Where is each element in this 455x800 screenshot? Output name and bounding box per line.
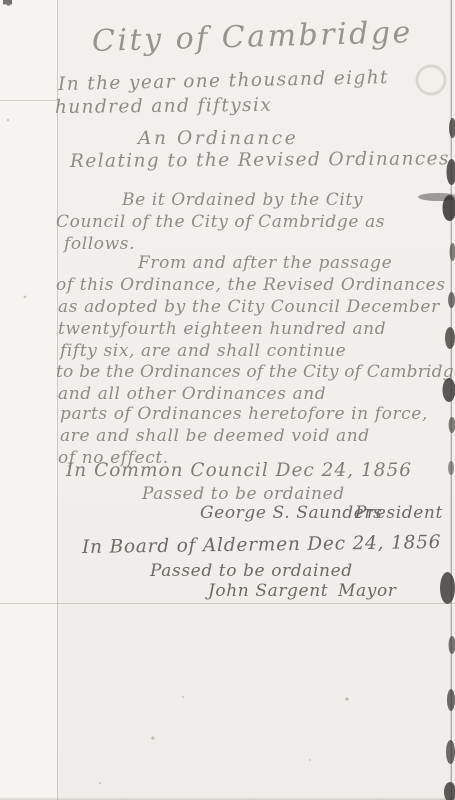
- horizontal-fold-crease: [0, 603, 455, 604]
- body-line: to be the Ordinances of the City of Camb…: [56, 362, 455, 382]
- board-aldermen-action-line: In Board of Aldermen Dec 24, 1856: [82, 532, 442, 558]
- page-left-margin: [0, 0, 57, 800]
- body-line: parts of Ordinances heretofore in force,: [60, 404, 428, 424]
- ordinance-heading: An Ordinance: [138, 128, 298, 149]
- body-line: From and after the passage: [138, 253, 392, 273]
- body-line: as adopted by the City Council December: [58, 297, 440, 317]
- board-aldermen-passed-line: Passed to be ordained: [150, 561, 353, 581]
- margin-fold-crease: [0, 100, 57, 101]
- mayor-signature: John Sargent: [208, 581, 328, 601]
- body-line: twentyfourth eighteen hundred and: [58, 319, 386, 339]
- right-edge-line: [451, 0, 452, 800]
- mayor-title: Mayor: [338, 581, 397, 601]
- common-council-action-line: In Common Council Dec 24, 1856: [66, 460, 412, 481]
- common-council-passed-line: Passed to be ordained: [142, 484, 345, 504]
- body-line: fifty six, are and shall continue: [60, 341, 346, 361]
- body-line: and all other Ordinances and: [58, 384, 326, 404]
- paper-stain-ring: [417, 66, 445, 94]
- body-line: Council of the City of Cambridge as: [56, 212, 385, 232]
- body-line: are and shall be deemed void and: [60, 426, 370, 446]
- body-line: Be it Ordained by the City: [122, 190, 363, 210]
- body-line: follows.: [64, 234, 135, 254]
- body-line: of this Ordinance, the Revised Ordinance…: [56, 275, 446, 295]
- president-title: President: [355, 503, 443, 523]
- ordinance-subheading: Relating to the Revised Ordinances: [70, 148, 450, 172]
- scanned-document-page: City of Cambridge In the year one thousa…: [0, 0, 455, 800]
- date-line-2: hundred and fiftysix: [55, 95, 272, 118]
- page-title: City of Cambridge: [92, 15, 414, 59]
- date-line-1: In the year one thousand eight: [58, 67, 389, 95]
- right-edge-blotches: [418, 118, 455, 800]
